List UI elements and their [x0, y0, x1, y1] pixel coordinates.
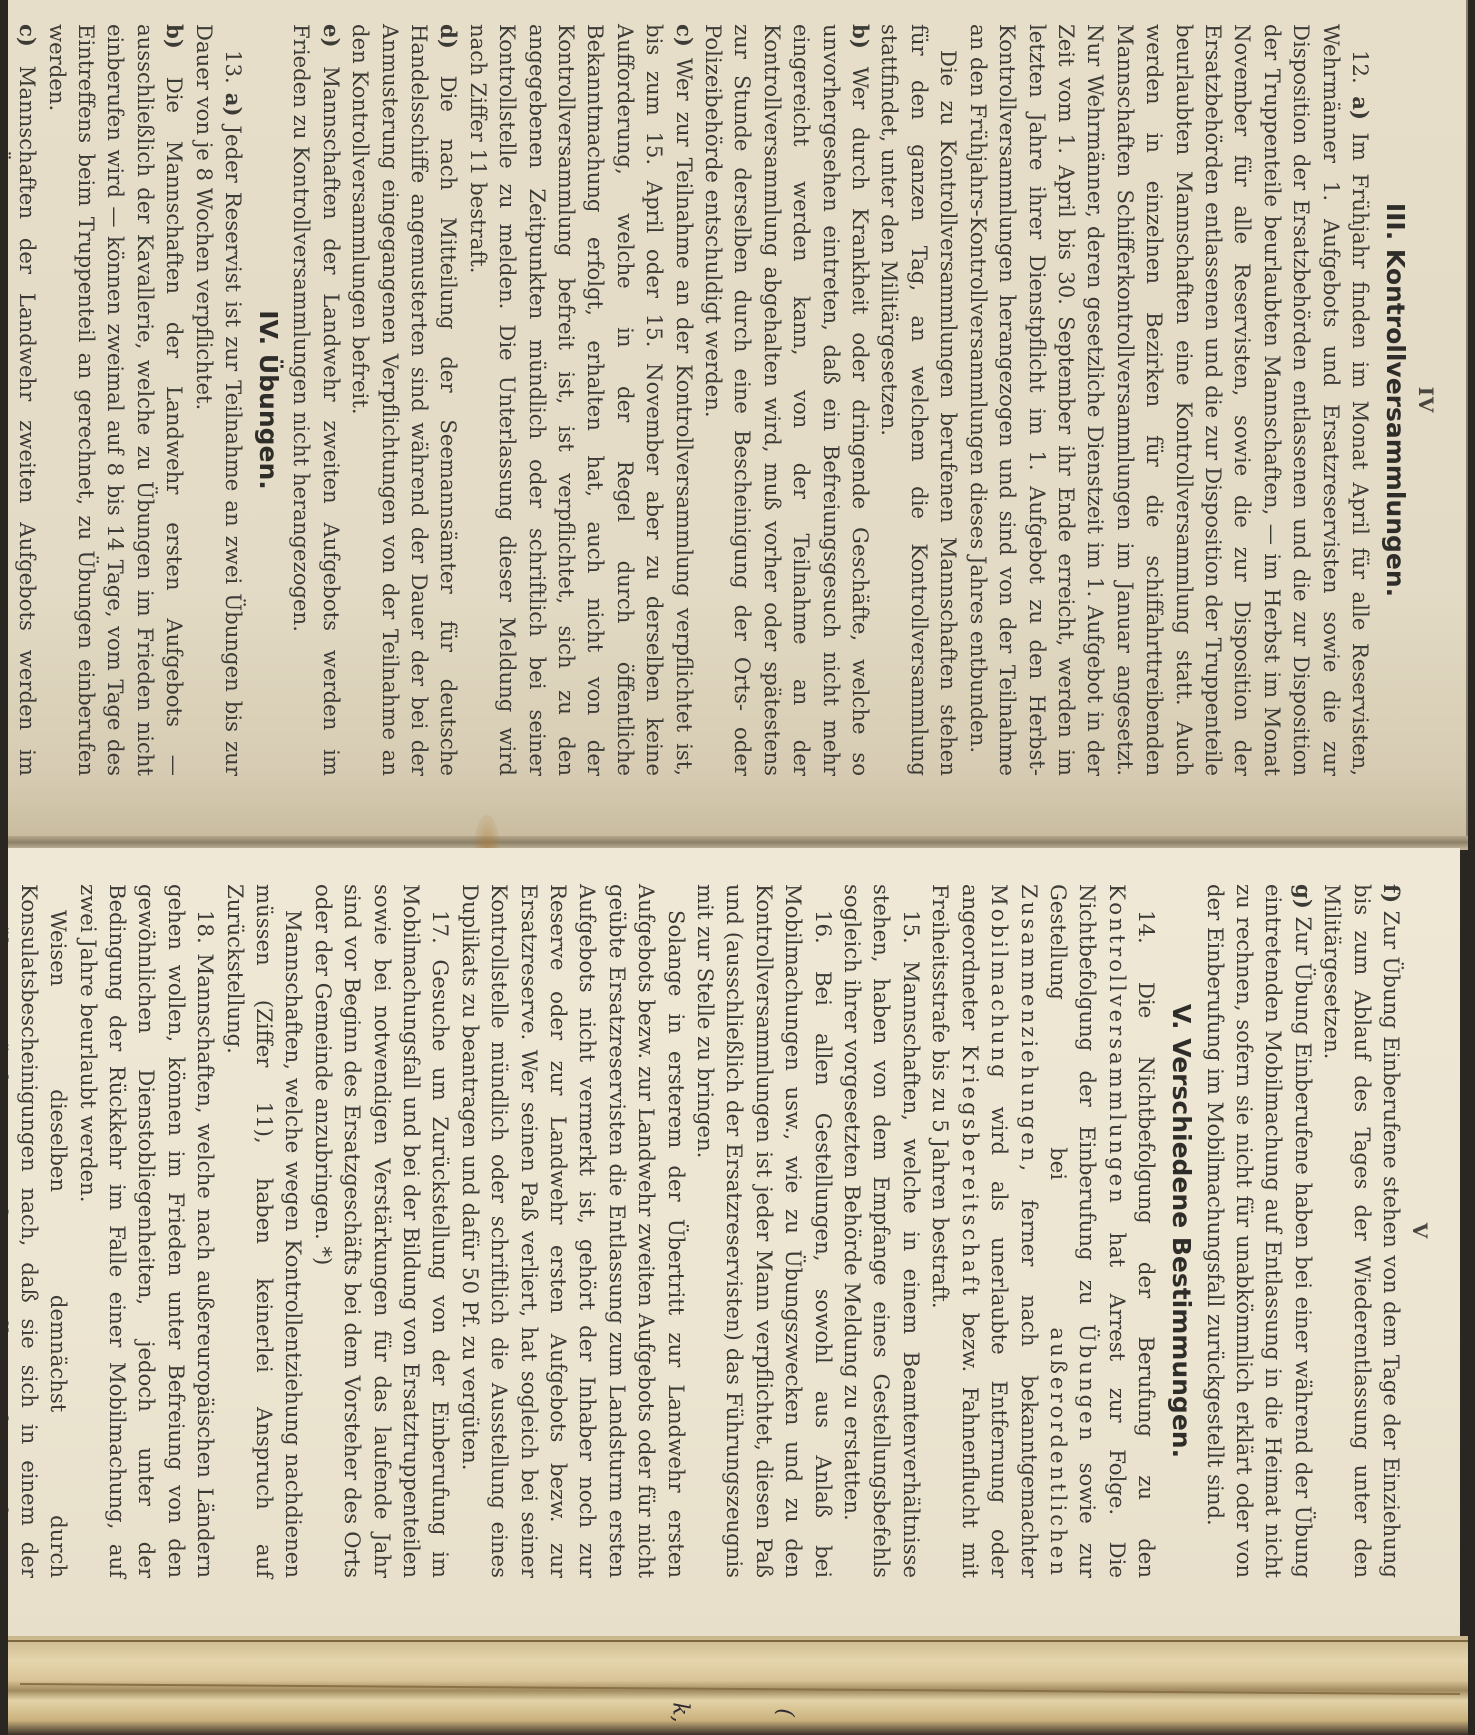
- paragraph-12a: 12. a) Im Frühjahr finden im Monat April…: [963, 24, 1375, 776]
- paragraph-text: Zur Übung Einberufene haben bei einer wä…: [1203, 884, 1316, 1578]
- item-label: d): [436, 24, 461, 49]
- page-v: V f) Zur Übung Einberufene stehen von de…: [8, 848, 1460, 1638]
- paragraph-number: 13.: [221, 50, 246, 84]
- item-label: a): [221, 93, 246, 117]
- page-number: IV: [1414, 24, 1438, 776]
- paragraph-13a: 13. a) Jeder Reservist ist zur Teilnahme…: [189, 24, 248, 776]
- item-label: c): [15, 24, 40, 47]
- emphasis-text: Mobilmachung: [987, 884, 1012, 1081]
- paragraph-number: 14.: [1134, 910, 1159, 944]
- item-label: b): [162, 24, 187, 49]
- section-heading-iii: III. Kontrollversammlungen.: [1381, 24, 1410, 776]
- paragraph-17-cont: Mannschaften, welche wegen Kontrollentzi…: [220, 884, 308, 1578]
- paragraph-13c: c) Mannschaften der Landwehr zweiten Auf…: [8, 24, 42, 776]
- paragraph-number: 17.: [428, 910, 453, 944]
- page-iv-slot: IV III. Kontrollversammlungen. 12. a) Im…: [8, 0, 1468, 838]
- paragraph-text: Jeder Reservist ist zur Teilnahme an zwe…: [192, 24, 246, 776]
- item-label: f): [1379, 884, 1404, 903]
- page-number: V: [1408, 884, 1432, 1578]
- paragraph-18: 18. Mannschaften, welche nach außereurop…: [73, 884, 220, 1578]
- paragraph-16-cont: Solange in ersterem der Übertritt zur La…: [455, 884, 690, 1578]
- emphasis-text: Kontrollversammlungen: [1105, 884, 1130, 1206]
- paragraph-text: Die Mannschaften der Landwehr ersten Auf…: [45, 24, 188, 776]
- emphasis-text: Kriegsbereitschaft: [958, 1045, 983, 1298]
- paragraph-text: , ferner nach bekanntgemachter: [1017, 1164, 1042, 1578]
- paragraph-text: Mannschaften, welche in einem Beamtenver…: [840, 884, 924, 1578]
- scanned-booklet: IV III. Kontrollversammlungen. 12. a) Im…: [0, 0, 1475, 1735]
- pencil-mark: k,: [668, 1702, 693, 1722]
- paragraph-18-cont: Weisen dieselben demnächst durch Konsula…: [8, 884, 73, 1578]
- paragraph-12g: g) Zur Übung Einberufene haben bei einer…: [1200, 884, 1318, 1578]
- paragraph-12f: f) Zur Übung Einberufene stehen von dem …: [1318, 884, 1406, 1578]
- pencil-mark: (: [772, 1708, 797, 1717]
- paragraph-text: Im Frühjahr finden im Monat April für al…: [966, 24, 1373, 776]
- section-heading-v: V. Verschiedene Bestimmungen.: [1167, 884, 1196, 1578]
- paragraph-number: 16.: [811, 910, 836, 944]
- paragraph-12a-cont: Die zu Kontrollversammlungen berufenen M…: [875, 24, 963, 776]
- paragraph-text: Wer zur Teilnahme an der Kontrollversamm…: [466, 24, 697, 776]
- paragraph-text: Mannschaften der Landwehr zweiten Aufgeb…: [289, 24, 343, 776]
- paragraph-text: Wer durch Krankheit oder dringende Gesch…: [701, 24, 873, 776]
- section-heading-iv: IV. Übungen.: [254, 24, 283, 776]
- page-iv: IV III. Kontrollversammlungen. 12. a) Im…: [8, 0, 1466, 838]
- item-label: g): [1291, 884, 1316, 909]
- item-label: c): [672, 24, 697, 47]
- paragraph-13b: b) Die Mannschaften der Landwehr ersten …: [42, 24, 189, 776]
- paragraph-number: 18.: [193, 910, 218, 944]
- paragraph-number: 12.: [1348, 50, 1373, 84]
- item-label: a): [1348, 96, 1373, 120]
- paragraph-14: 14. Die Nichtbefolgung der Berufung zu d…: [926, 884, 1161, 1578]
- paragraph-12b: b) Wer durch Krankheit oder dringende Ge…: [699, 24, 875, 776]
- paragraph-15: 15. Mannschaften, welche in einem Beamte…: [838, 884, 926, 1578]
- paragraph-12e: e) Mannschaften der Landwehr zweiten Auf…: [287, 24, 346, 776]
- paragraph-text: Die nach Mitteilung der Seemannsämter fü…: [348, 24, 461, 776]
- paragraph-text: Gesuche um Zurückstellung von der Einber…: [311, 884, 454, 1578]
- paragraph-12c: c) Wer zur Teilnahme an der Kontrollvers…: [463, 24, 698, 776]
- paragraph-text: Zur Übung Einberufene stehen von dem Tag…: [1320, 884, 1404, 1578]
- page-edge-line: [8, 1640, 1468, 1642]
- paragraph-number: 15.: [899, 910, 924, 944]
- item-label: e): [319, 24, 344, 48]
- paragraph-17: 17. Gesuche um Zurückstellung von der Ei…: [308, 884, 455, 1578]
- paragraph-text: Mannschaften der Landwehr zweiten Aufgeb…: [8, 24, 40, 776]
- emphasis-text: Übungen: [1075, 1324, 1100, 1443]
- paragraph-text: Die Nichtbefolgung der Berufung zu den: [1134, 982, 1159, 1578]
- paragraph-text: Mannschaften, welche nach außereuropäisc…: [76, 884, 219, 1578]
- item-label: b): [848, 24, 873, 49]
- paragraph-16: 16. Bei allen Gestellungen, sowohl aus A…: [691, 884, 838, 1578]
- page-v-slot: V f) Zur Übung Einberufene stehen von de…: [8, 848, 1460, 1638]
- paragraph-text: Bei allen Gestellungen, sowohl aus Anlaß…: [693, 884, 836, 1578]
- paragraph-12d: d) Die nach Mitteilung der Seemannsämter…: [346, 24, 464, 776]
